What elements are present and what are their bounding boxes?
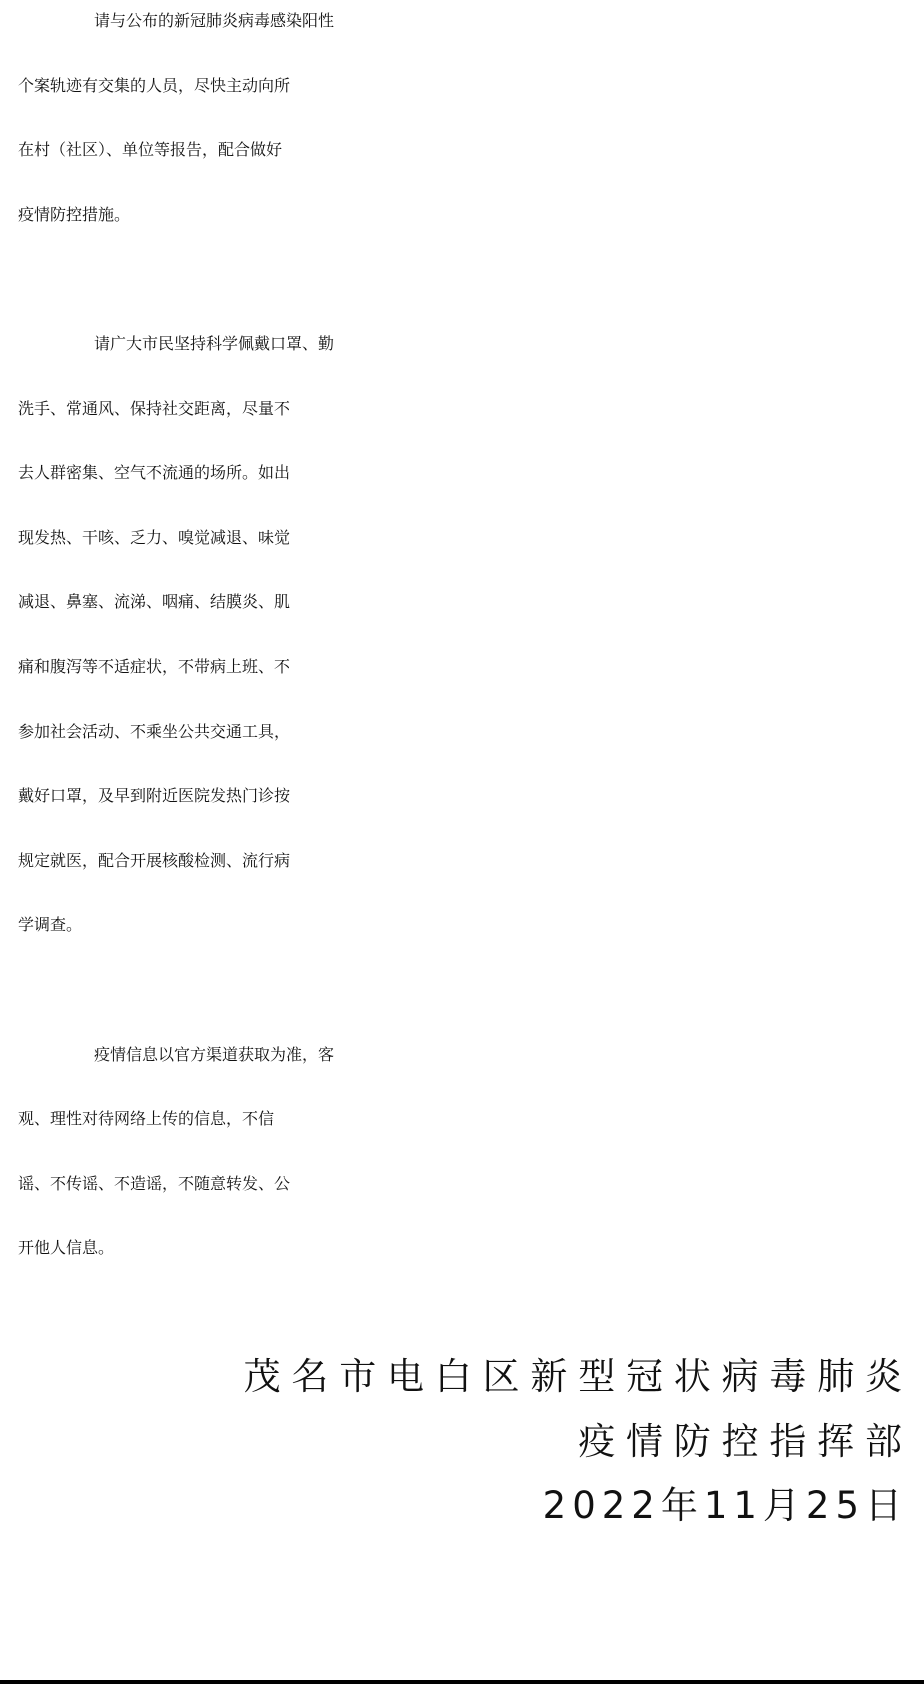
- text-line: 请与公布的新冠肺炎病毒感染阳性: [18, 8, 906, 73]
- text-line: 开他人信息。: [18, 1235, 906, 1300]
- issuing-department: 疫情防控指挥部: [244, 1410, 913, 1475]
- paragraph-spacer: [18, 266, 906, 331]
- signature-block: 茂名市电白区新型冠状病毒肺炎 疫情防控指挥部 2022年11月25日: [244, 1345, 902, 1539]
- paragraph-spacer: [18, 977, 906, 1042]
- text-line: 戴好口罩，及早到附近医院发热门诊按: [18, 783, 906, 848]
- text-line: 疫情防控措施。: [18, 202, 906, 267]
- issue-date: 2022年11月25日: [244, 1474, 908, 1539]
- paragraph-report-contact: 请与公布的新冠肺炎病毒感染阳性 个案轨迹有交集的人员，尽快主动向所 在村（社区）…: [18, 8, 906, 266]
- text-line: 减退、鼻塞、流涕、咽痛、结膜炎、肌: [18, 589, 906, 654]
- text-line: 个案轨迹有交集的人员，尽快主动向所: [18, 73, 906, 138]
- text-line: 谣、不传谣、不造谣，不随意转发、公: [18, 1171, 906, 1236]
- text-line: 现发热、干咳、乏力、嗅觉减退、味觉: [18, 525, 906, 590]
- text-line: 观、理性对待网络上传的信息，不信: [18, 1106, 906, 1171]
- text-line: 疫情信息以官方渠道获取为准，客: [18, 1042, 906, 1107]
- paragraph-official-info: 疫情信息以官方渠道获取为准，客 观、理性对待网络上传的信息，不信 谣、不传谣、不…: [18, 1042, 906, 1300]
- bottom-divider: [0, 1680, 924, 1684]
- paragraph-health-advice: 请广大市民坚持科学佩戴口罩、勤 洗手、常通风、保持社交距离，尽量不 去人群密集、…: [18, 331, 906, 977]
- text-line: 学调查。: [18, 912, 906, 977]
- text-line: 在村（社区）、单位等报告，配合做好: [18, 137, 906, 202]
- text-line: 洗手、常通风、保持社交距离，尽量不: [18, 396, 906, 461]
- text-line: 痛和腹泻等不适症状，不带病上班、不: [18, 654, 906, 719]
- text-line: 规定就医，配合开展核酸检测、流行病: [18, 848, 906, 913]
- text-line: 去人群密集、空气不流通的场所。如出: [18, 460, 906, 525]
- issuing-organization: 茂名市电白区新型冠状病毒肺炎: [244, 1345, 913, 1410]
- document-body: 请与公布的新冠肺炎病毒感染阳性 个案轨迹有交集的人员，尽快主动向所 在村（社区）…: [18, 8, 906, 1300]
- text-line: 参加社会活动、不乘坐公共交通工具，: [18, 719, 906, 784]
- text-line: 请广大市民坚持科学佩戴口罩、勤: [18, 331, 906, 396]
